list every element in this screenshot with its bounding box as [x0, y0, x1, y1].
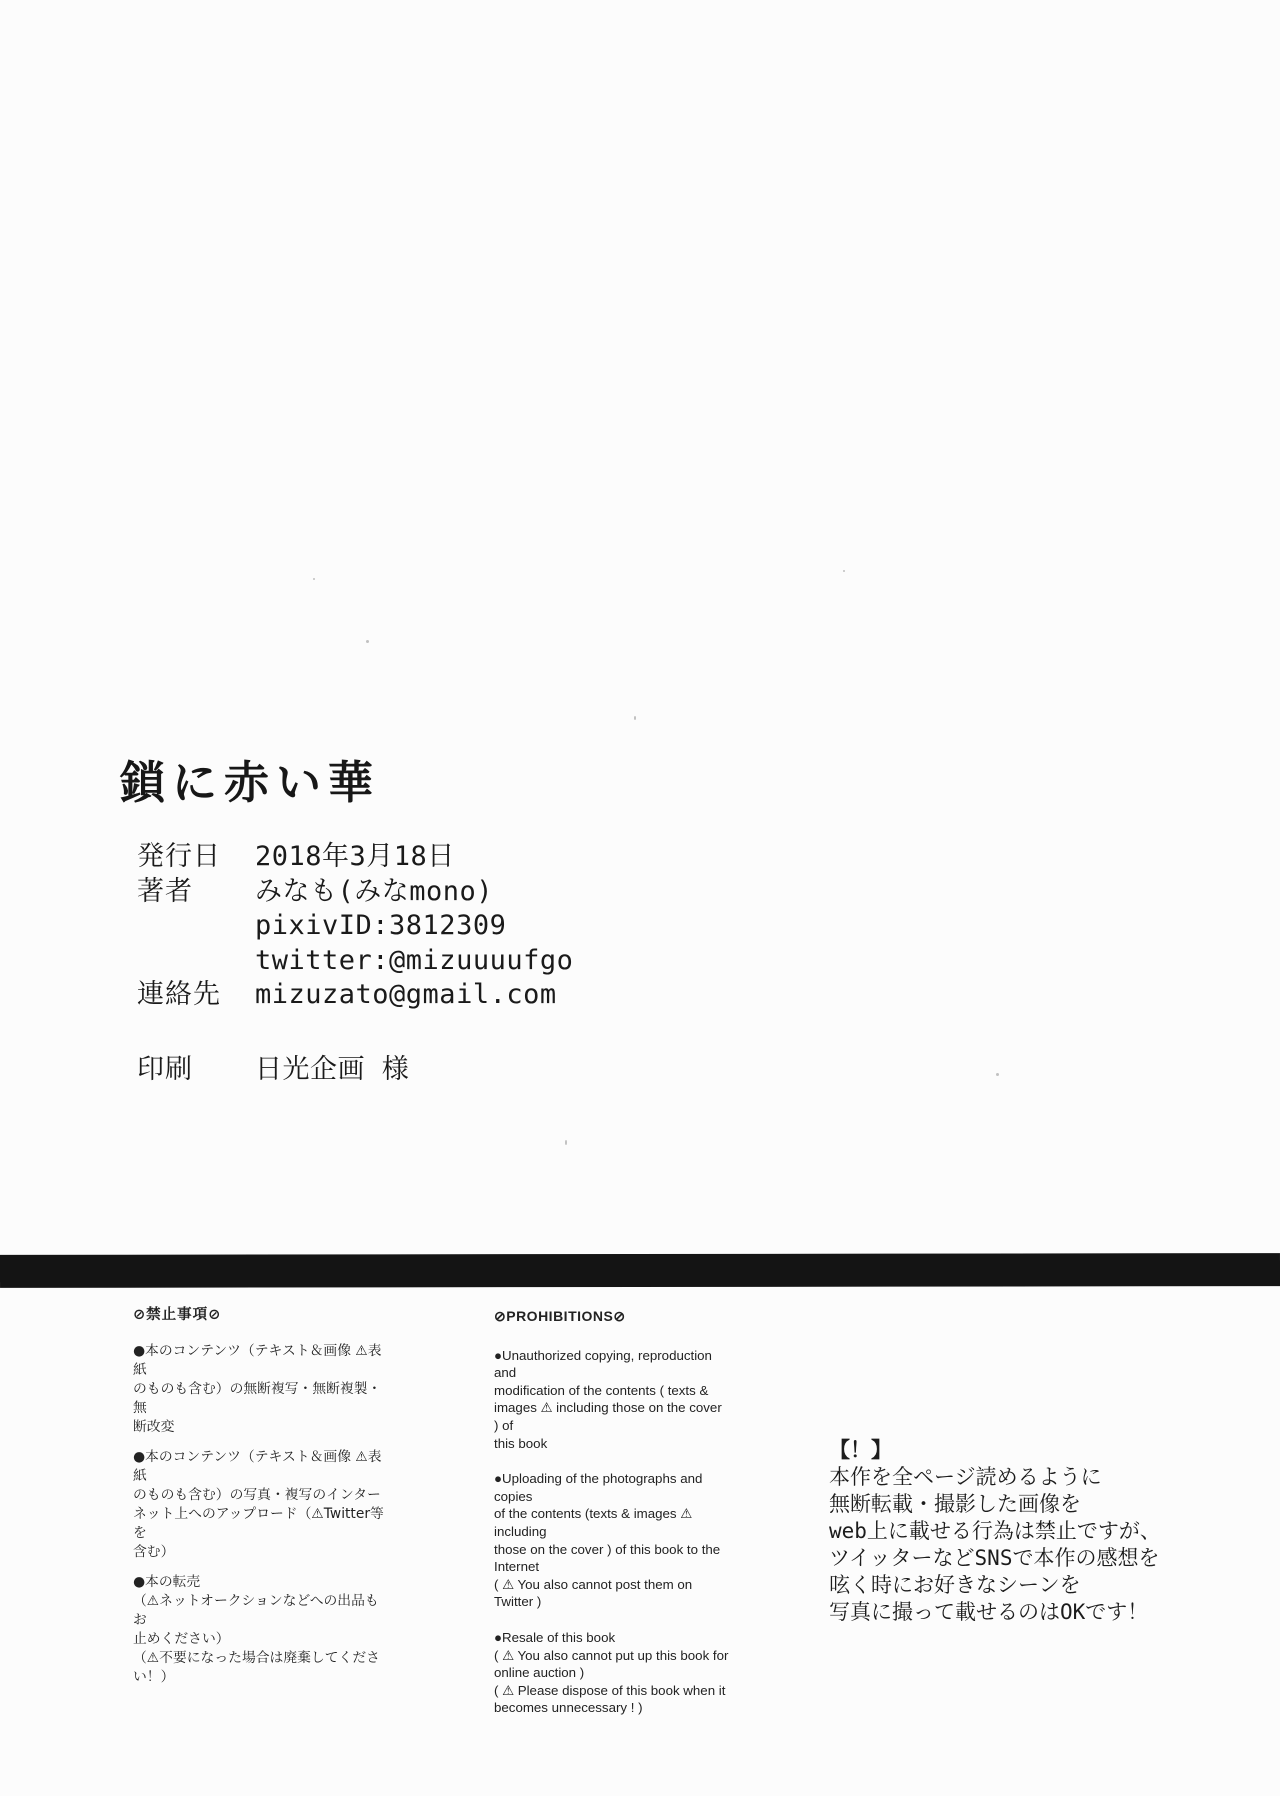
colophon-label: 著者	[137, 875, 255, 910]
colophon-value: pixivID:3812309	[255, 909, 506, 944]
colophon-label: 連絡先	[137, 978, 255, 1013]
colophon-row-pixiv-id: pixivID:3812309	[137, 909, 573, 944]
scan-speck	[366, 640, 369, 643]
colophon-value: みなも(みなmono)	[255, 875, 493, 910]
colophon-label: 発行日	[137, 840, 255, 875]
prohibitions-jp-paragraph-resale: ●本の転売 （⚠ネットオークションなどへの出品もお 止めください） （⚠不要にな…	[133, 1573, 388, 1687]
scan-speck	[634, 716, 636, 720]
colophon-info: 発行日 2018年3月18日 著者 みなも(みなmono) pixivID:38…	[137, 840, 573, 1087]
sns-note-body: 本作を全ページ読めるように 無断転載・撮影した画像を web上に載せる行為は禁止…	[829, 1464, 1249, 1626]
colophon-page: 鎖に赤い華 発行日 2018年3月18日 著者 みなも(みなmono) pixi…	[0, 0, 1280, 1796]
prohibitions-english-column: ⊘PROHIBITIONS⊘ ●Unauthorized copying, re…	[494, 1308, 729, 1735]
book-title: 鎖に赤い華	[120, 746, 380, 811]
prohibitions-jp-header: ⊘禁止事項⊘	[133, 1306, 388, 1325]
prohibitions-jp-paragraph-copying: ●本のコンテンツ（テキスト＆画像 ⚠表紙 のものも含む）の無断複写・無断複製・無…	[133, 1342, 388, 1437]
colophon-value: mizuzato@gmail.com	[255, 978, 557, 1013]
prohibitions-jp-paragraph-uploading: ●本のコンテンツ（テキスト＆画像 ⚠表紙 のものも含む）の写真・複写のインター …	[133, 1448, 388, 1562]
sns-permission-note: 【！】 本作を全ページ読めるように 無断転載・撮影した画像を web上に載せる行…	[829, 1437, 1249, 1626]
colophon-label: 印刷	[137, 1053, 255, 1088]
colophon-value: twitter:@mizuuuufgo	[255, 944, 573, 979]
colophon-label	[137, 944, 255, 979]
colophon-row-publication-date: 発行日 2018年3月18日	[137, 840, 573, 875]
prohibitions-en-paragraph-copying: ●Unauthorized copying, reproduction and …	[494, 1347, 729, 1453]
colophon-row-twitter: twitter:@mizuuuufgo	[137, 944, 573, 979]
prohibitions-en-header: ⊘PROHIBITIONS⊘	[494, 1308, 729, 1326]
colophon-row-printer: 印刷 日光企画 様	[137, 1053, 573, 1088]
colophon-row-contact-email: 連絡先 mizuzato@gmail.com	[137, 978, 573, 1013]
scan-speck	[313, 578, 315, 580]
colophon-value: 2018年3月18日	[255, 840, 455, 875]
prohibitions-en-paragraph-uploading: ●Uploading of the photographs and copies…	[494, 1470, 729, 1611]
colophon-label	[137, 909, 255, 944]
colophon-row-author: 著者 みなも(みなmono)	[137, 875, 573, 910]
scan-speck	[843, 570, 845, 572]
sns-note-header: 【！】	[829, 1437, 1249, 1464]
prohibitions-japanese-column: ⊘禁止事項⊘ ●本のコンテンツ（テキスト＆画像 ⚠表紙 のものも含む）の無断複写…	[133, 1306, 388, 1698]
scan-speck	[996, 1073, 999, 1076]
colophon-value: 日光企画 様	[255, 1053, 409, 1088]
divider-bar	[0, 1253, 1280, 1288]
scan-speck	[565, 1140, 567, 1145]
prohibitions-en-paragraph-resale: ●Resale of this book ( ⚠ You also cannot…	[494, 1629, 729, 1717]
